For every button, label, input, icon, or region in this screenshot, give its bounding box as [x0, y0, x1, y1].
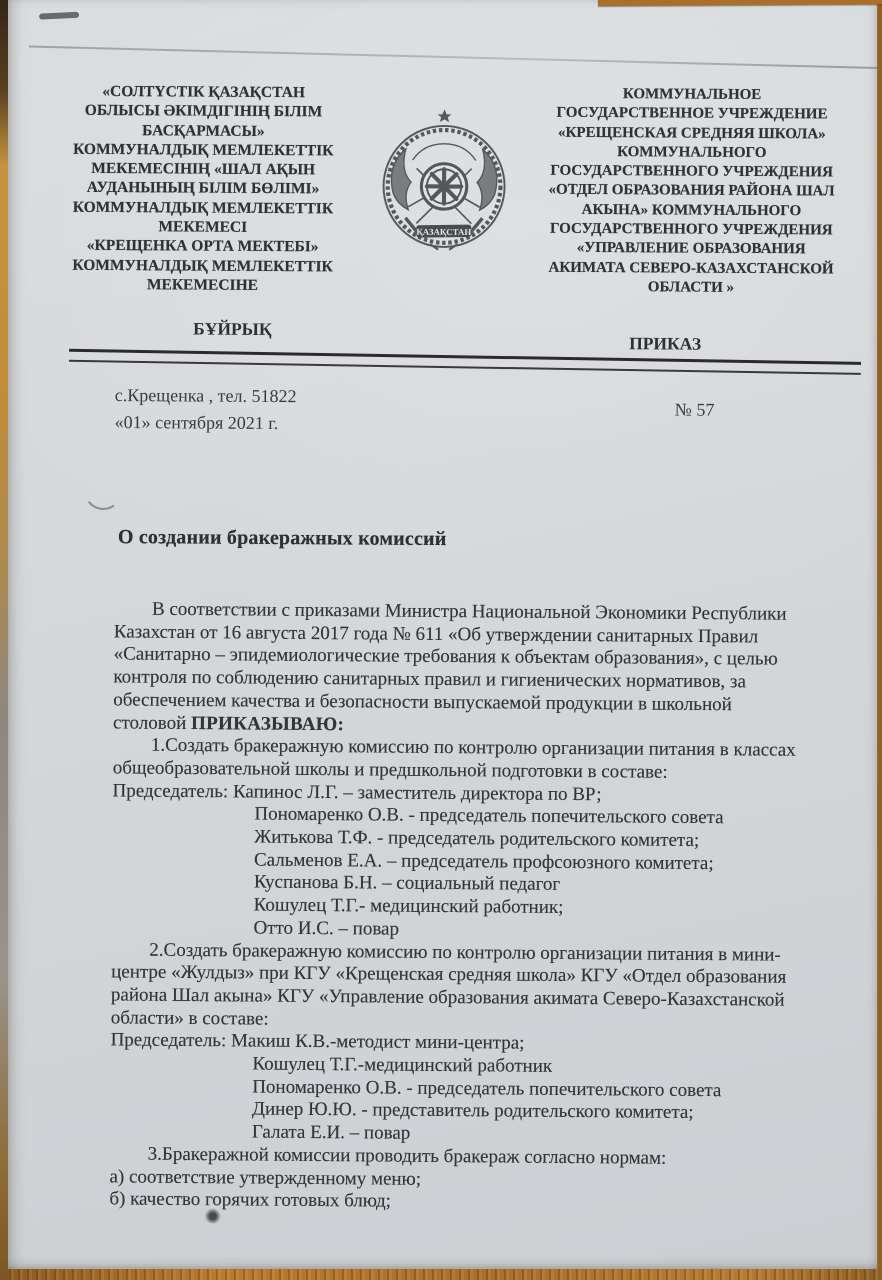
- kazakhstan-emblem-icon: ҚАЗАҚСТАН: [374, 108, 513, 297]
- emblem-label: ҚАЗАҚСТАН: [416, 227, 471, 237]
- letterhead: «СОЛТҮСТІК ҚАЗАҚСТАН ОБЛЫСЫ ӘКІМДІГІНІҢ …: [37, 82, 864, 299]
- document-page: «СОЛТҮСТІК ҚАЗАҚСТАН ОБЛЫСЫ ӘКІМДІГІНІҢ …: [7, 0, 877, 1269]
- crease-line: [29, 46, 879, 70]
- org-name-kazakh: «СОЛТҮСТІК ҚАЗАҚСТАН ОБЛЫСЫ ӘКІМДІГІНІҢ …: [37, 82, 368, 296]
- document-body: В соответствии с приказами Министра Наци…: [109, 598, 864, 1217]
- body-line: б) качество горячих готовых блюд;: [109, 1189, 859, 1218]
- desk-left-edge: [0, 0, 8, 1280]
- scan-mark: [39, 12, 79, 20]
- doc-type-russian: ПРИКАЗ: [629, 333, 701, 354]
- body-line: Председатель: Капинос Л.Г. – заместитель…: [112, 780, 862, 809]
- document-content: «СОЛТҮСТІК ҚАЗАҚСТАН ОБЛЫСЫ ӘКІМДІГІНІҢ …: [1, 0, 879, 1274]
- photo-scene: «СОЛТҮСТІК ҚАЗАҚСТАН ОБЛЫСЫ ӘКІМДІГІНІҢ …: [0, 0, 882, 1280]
- order-number: № 57: [675, 399, 715, 420]
- doc-type-kazakh: БҰЙРЫҚ: [193, 319, 272, 340]
- document-title: О создании бракеражных комиссий: [118, 526, 447, 551]
- body-line: Председатель: Макиш К.В.-методист мини-ц…: [111, 1030, 861, 1059]
- meta-block: с.Крещенка , тел. 51822 «01» сентября 20…: [115, 382, 297, 437]
- org-name-russian: КОММУНАЛЬНОЕ ГОСУДАРСТВЕННОЕ УЧРЕЖДЕНИЕ …: [518, 85, 864, 299]
- place-phone-line: с.Крещенка , тел. 51822: [115, 382, 297, 410]
- date-line: «01» сентября 2021 г.: [115, 409, 297, 437]
- pen-mark: [82, 469, 125, 512]
